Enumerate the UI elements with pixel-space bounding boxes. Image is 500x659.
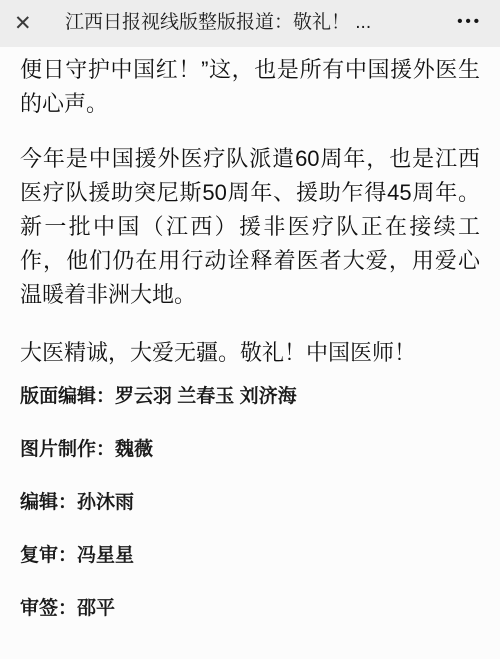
credit-label: 图片制作： bbox=[20, 439, 115, 460]
credit-names: 孙沐雨 bbox=[77, 492, 134, 513]
article-paragraph: 今年是中国援外医疗队派遣60周年，也是江西医疗队援助突尼斯50周年、援助乍得45… bbox=[20, 142, 480, 312]
credit-label: 编辑： bbox=[20, 492, 77, 513]
credit-line-image-production: 图片制作：魏薇 bbox=[20, 439, 480, 461]
article-paragraph: 便日守护中国红！”这，也是所有中国援外医生的心声。 bbox=[20, 53, 480, 121]
credit-names: 邵平 bbox=[77, 598, 115, 619]
credit-names: 冯星星 bbox=[77, 545, 134, 566]
credit-line-layout-editor: 版面编辑：罗云羽 兰春玉 刘济海 bbox=[20, 386, 480, 408]
credit-label: 版面编辑： bbox=[20, 386, 115, 407]
close-icon[interactable]: ✕ bbox=[14, 13, 40, 34]
article-body: 便日守护中国红！”这，也是所有中国援外医生的心声。 今年是中国援外医疗队派遣60… bbox=[0, 47, 500, 620]
titlebar: ✕ 江西日报视线版整版报道：敬礼！ ... ••• bbox=[0, 0, 500, 47]
more-options-icon[interactable]: ••• bbox=[457, 14, 482, 33]
page-title: 江西日报视线版整版报道：敬礼！ ... bbox=[65, 12, 449, 35]
article-paragraph: 大医精诚，大爱无疆。敬礼！中国医师！ bbox=[20, 336, 480, 370]
credit-label: 复审： bbox=[20, 545, 77, 566]
credit-label: 审签： bbox=[20, 598, 77, 619]
credit-line-reviewer: 复审：冯星星 bbox=[20, 545, 480, 567]
credit-names: 魏薇 bbox=[115, 439, 153, 460]
credit-line-editor: 编辑：孙沐雨 bbox=[20, 492, 480, 514]
credit-line-approver: 审签：邵平 bbox=[20, 598, 480, 620]
credit-names: 罗云羽 兰春玉 刘济海 bbox=[115, 386, 297, 407]
